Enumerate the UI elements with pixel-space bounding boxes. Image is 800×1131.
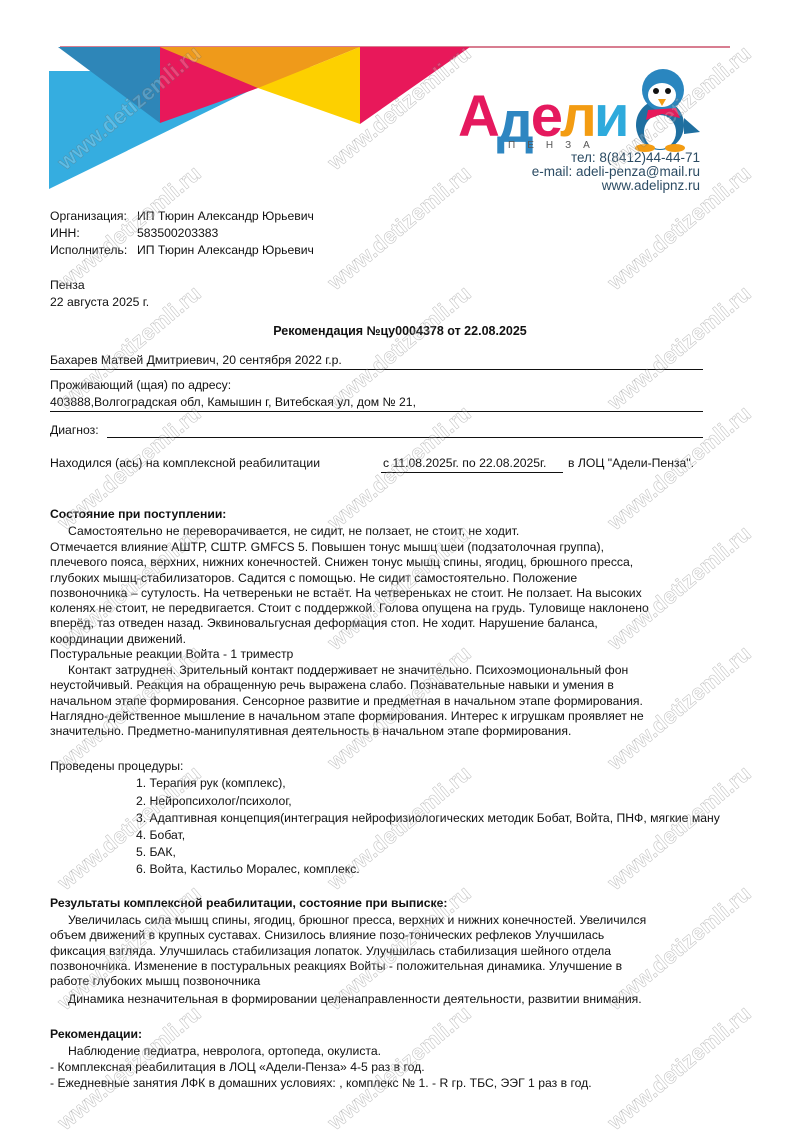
rehab-label: Находился (ась) на комплексной реабилита… (50, 456, 320, 470)
admission-paragraph-2: Отмечается влияние АШТР, СШТР. GMFCS 5. … (50, 540, 720, 647)
admission-paragraph-4: Контакт затруднен. Зрительный контакт по… (50, 663, 720, 739)
text-line: неустойчивый. Реакция на обращенную речь… (50, 678, 720, 693)
diagnosis-underline (107, 437, 703, 438)
results-paragraph-1: Увеличилась сила мышц спины, ягодиц, брю… (50, 913, 720, 989)
logo-letter: е (531, 88, 560, 146)
watermark-text: www.detizemli.ru (603, 761, 757, 896)
admission-paragraph-1: Самостоятельно не переворачивается, не с… (50, 524, 720, 539)
text-line: значительно. Предметно-манипулятивная де… (50, 724, 720, 739)
admission-paragraph-3: Постуральные реакции Войта - 1 триместр (50, 647, 720, 662)
rehab-place: в ЛОЦ "Адели-Пенза". (568, 456, 694, 470)
banner-red-triangle-right (360, 47, 470, 124)
text-line: глубоких мышц-стабилизаторов. Садится с … (50, 571, 720, 586)
document-title: Рекомендация №цу0004378 от 22.08.2025 (0, 324, 800, 338)
penguin-icon (635, 69, 700, 152)
procedure-item: 5. БАК, (136, 845, 176, 859)
text-line: Контакт затруднен. Зрительный контакт по… (50, 663, 720, 678)
address-value: 403888,Волгоградская обл, Камышин г, Вит… (50, 395, 416, 409)
diagnosis-label: Диагноз: (50, 423, 99, 437)
logo-letter: и (594, 88, 627, 146)
rehab-period: с 11.08.2025г. по 22.08.2025г. (383, 456, 546, 470)
admission-heading: Состояние при поступлении: (50, 507, 226, 521)
text-line: фиксация взгляда. Улучшилась стабилизаци… (50, 944, 720, 959)
logo-letter: л (560, 88, 594, 146)
inn-label: ИНН: (50, 226, 80, 240)
rehab-period-underline (381, 472, 563, 473)
executor-label: Исполнитель: (50, 243, 127, 257)
header-website[interactable]: www.adelipnz.ru (602, 178, 700, 194)
recommendation-item: - Ежедневные занятия ЛФК в домашних усло… (50, 1076, 720, 1091)
procedure-item: 1. Терапия рук (комплекс), (136, 776, 286, 790)
adeli-logo: Адели (458, 88, 627, 146)
text-line: начальном этапе формирования. Сенсорное … (50, 694, 720, 709)
text-line: позвоночника. Изменение в постуральных р… (50, 959, 720, 974)
city: Пенза (50, 278, 85, 292)
text-line: координации движений. (50, 632, 720, 647)
executor-value: ИП Тюрин Александр Юрьевич (137, 243, 314, 257)
address-underline (50, 411, 703, 412)
watermark-text: www.detizemli.ru (603, 281, 757, 416)
text-line: Увеличилась сила мышц спины, ягодиц, брю… (50, 913, 720, 928)
logo-letter: А (458, 88, 497, 146)
procedure-item: 2. Нейропсихолог/психолог, (136, 794, 292, 808)
text-line: Отмечается влияние АШТР, СШТР. GMFCS 5. … (50, 540, 720, 555)
procedure-item: 6. Войта, Кастильо Моралес, комплекс. (136, 862, 360, 876)
text-line: коленях не стоит, не передвигается. Стои… (50, 601, 720, 616)
results-paragraph-2: Динамика незначительная в формировании ц… (50, 992, 720, 1007)
results-heading: Результаты комплексной реабилитации, сос… (50, 896, 447, 910)
text-line: работе глубоких мышц позвоночника (50, 974, 720, 989)
organization-label: Организация: (50, 209, 127, 223)
procedure-item: 4. Бобат, (136, 828, 185, 842)
patient-underline (50, 369, 703, 370)
text-line: позвоночника – сутулость. На четвереньки… (50, 586, 720, 601)
organization-value: ИП Тюрин Александр Юрьевич (137, 209, 314, 223)
procedures-heading: Проведены процедуры: (50, 759, 183, 773)
procedure-item: 3. Адаптивная концепция(интеграция нейро… (136, 811, 720, 825)
text-line: плечевого пояса, верхних, нижних конечно… (50, 555, 720, 570)
text-line: объем движений в крупных суставах. Снизи… (50, 928, 720, 943)
address-label: Проживающий (щая) по адресу: (50, 378, 231, 392)
text-line: вперёд, таз отведен назад. Эквиновальгус… (50, 616, 720, 631)
recommendations-heading: Рекомендации: (50, 1027, 142, 1041)
patient-info: Бахарев Матвей Дмитриевич, 20 сентября 2… (50, 353, 342, 367)
document-date: 22 августа 2025 г. (50, 295, 149, 309)
recommendation-item: Наблюдение педиатра, невролога, ортопеда… (50, 1044, 720, 1059)
recommendation-item: - Комплексная реабилитация в ЛОЦ «Адели-… (50, 1060, 720, 1075)
inn-value: 583500203383 (137, 226, 218, 240)
text-line: Наглядно-действенное мышление в начально… (50, 709, 720, 724)
